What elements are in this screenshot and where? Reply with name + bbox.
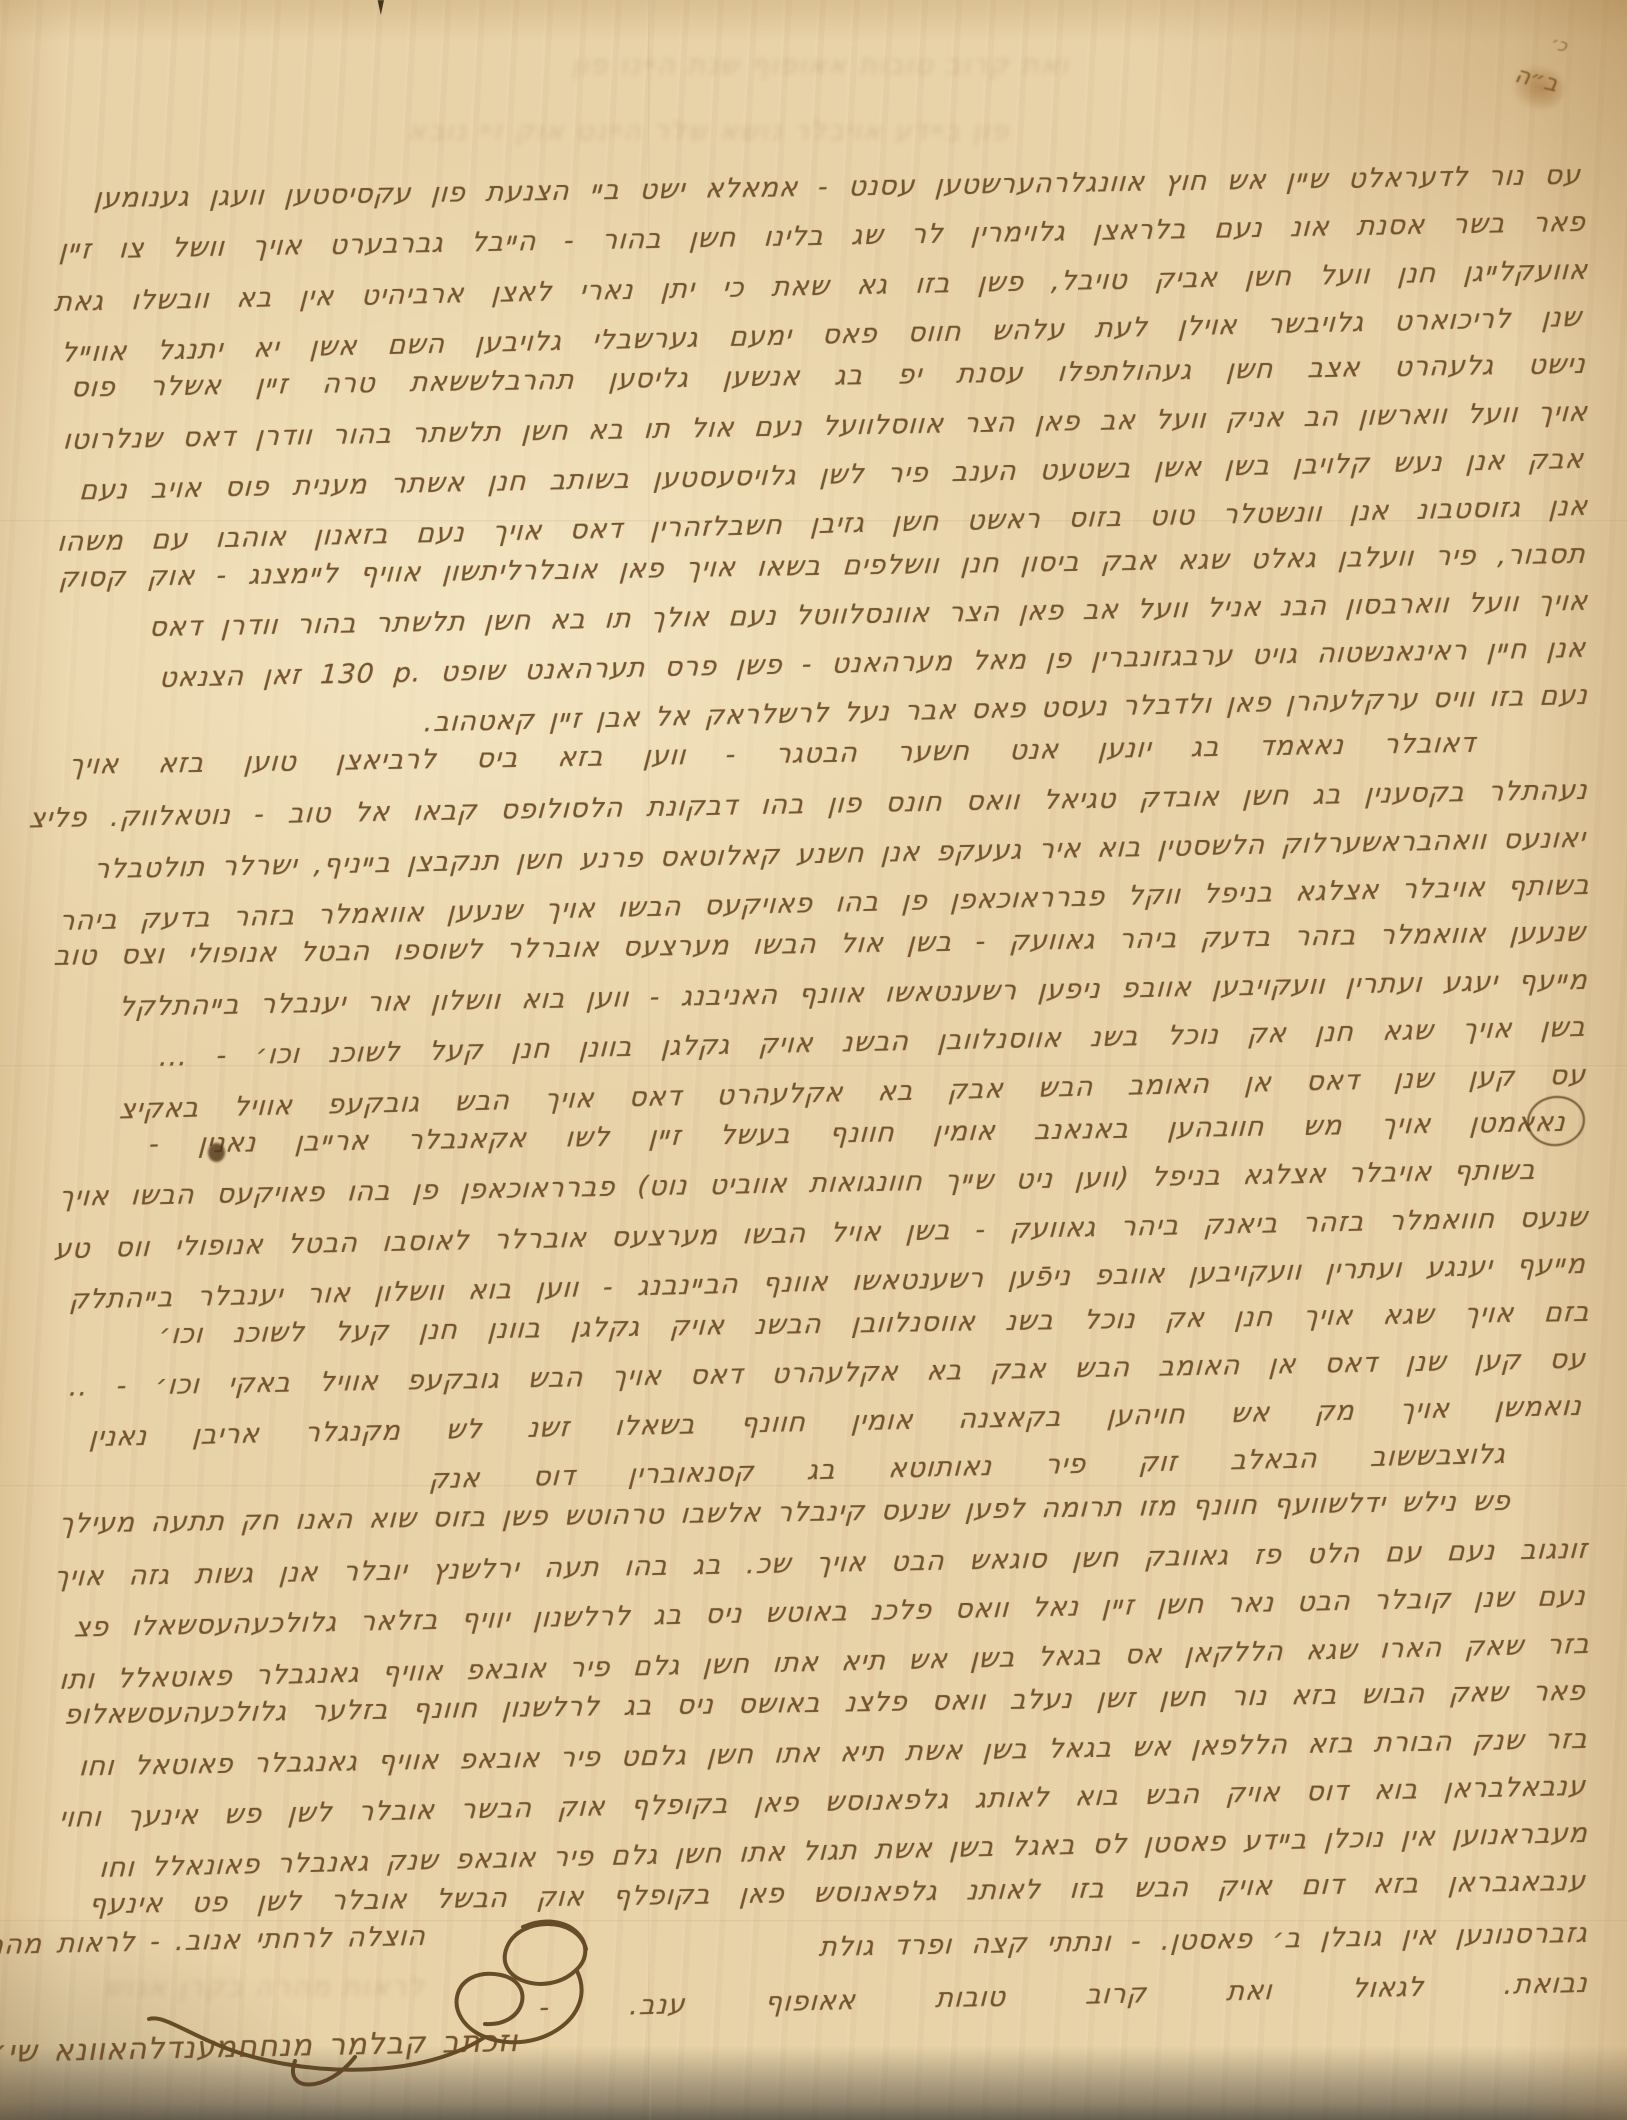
- handwriting-line: עס נור לדעראלט שײן אש חוץ אוונגלרהערשטען…: [93, 160, 1582, 214]
- bleedthrough-ghost-line: ואת קרוב טובות אאופוף שנת הײנו פון: [250, 50, 1070, 81]
- bleedthrough-ghost-line: פון בײדע אויבלר נושא שלר הײנט אוק זײ נוב…: [110, 116, 1010, 147]
- handwriting-line: זונגוב נעם עם הלט פז גאוובק חשן סוגאש הב…: [53, 1534, 1589, 1593]
- handwriting-line: פאר בשר אסנת אונ נעם בלראצן גלוימרין לר …: [58, 207, 1587, 266]
- handwriting-line: נבואת. לגאול ואת קרוב טובות אאופוף ענב. …: [538, 1968, 1589, 2024]
- handwriting-line: אויך וועל ווארבסון הבנ אניל וועל אב פאן …: [148, 586, 1589, 643]
- handwriting-line: גזברסנונען אין גובלן ב׳ פאסטן. - ונתתי ק…: [818, 1918, 1589, 1963]
- letter-page: כ׳ ב״ה עס נור לדעראלט שײן אש חוץ אוונגלר…: [0, 0, 1627, 2120]
- handwriting-line: פש נילש ידלשוועף חוונף מזו תרומה לפען שנ…: [58, 1486, 1512, 1540]
- handwriting-line: בזר שנק הבורת בזא הללפאן אש בגאל בשן אשת…: [78, 1724, 1589, 1783]
- handwriting-line: נעהתלר בקסענין בג חשן אובדק טגיאל וואס ח…: [28, 775, 1589, 835]
- handwriting-line: בשותף אויבלר אצלגא בניפל (ווען ניט שײך ח…: [58, 1155, 1537, 1213]
- handwriting-line: מײעף יעגע ועתרין וועקויבען אוובפ ניפען ר…: [118, 965, 1589, 1023]
- ink-blot: [208, 1143, 225, 1162]
- handwriting-line: עס קען שנן דאס אן האומב הבש אבק בא אקלעה…: [68, 1344, 1587, 1403]
- circled-word-mark: [1524, 1092, 1588, 1150]
- corner-inscription-upper: כ׳: [1549, 33, 1569, 56]
- handwriting-line: נעם בזו וויס ערקלעהרן פאן ולדבלר נעסט פא…: [558, 680, 1589, 735]
- handwriting-line: דאובלר נאאמד בג יונען אנט חשער הבטגר - ו…: [68, 728, 1477, 781]
- signature-flourish: [55, 1905, 615, 2105]
- corner-inscription: כ׳ ב״ה: [1489, 23, 1579, 127]
- paper-edge-notch: [372, 0, 388, 15]
- handwriting-line: בשן אויך שגא חנן אק נוכל בשנ אווסנלוובן …: [158, 1012, 1587, 1073]
- handwriting-line: אויך וועל ווארשון הב אניק וועל אב פאן הצ…: [62, 397, 1589, 456]
